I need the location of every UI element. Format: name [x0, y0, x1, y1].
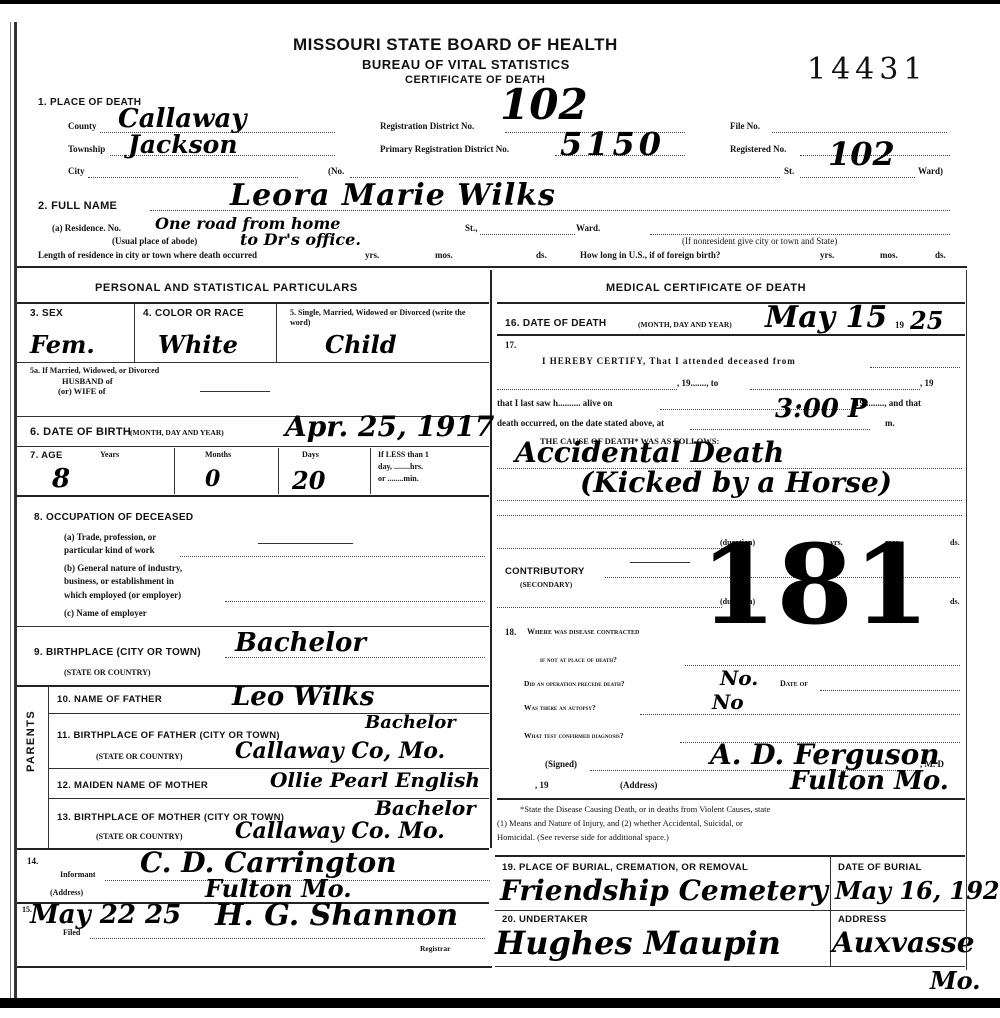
registrar-label: Registrar [420, 944, 450, 953]
less-than-label-2: day, ........hrs. [378, 462, 423, 471]
cause-line-2: (Kicked by a Horse) [580, 466, 892, 499]
secondary-label: (SECONDARY) [520, 580, 572, 589]
certify-text: I HEREBY CERTIFY, That I attended deceas… [542, 356, 796, 366]
personal-title-divider [17, 302, 489, 304]
less-than-label-1: If LESS than 1 [378, 450, 429, 459]
marital-status-label: 5. Single, Married, Widowed or Divorced … [290, 308, 480, 328]
registrar-signature: H. G. Shannon [215, 898, 458, 933]
parents-side-label: PARENTS [25, 710, 37, 772]
occupation-a-label-1: (a) Trade, profession, or [64, 532, 156, 542]
burial-date-label: DATE OF BURIAL [838, 862, 922, 873]
burial-date-value: May 16, 1925 [835, 876, 1000, 905]
sex-value: Fem. [30, 330, 95, 359]
mother-state-label: (STATE OR COUNTRY) [96, 832, 183, 841]
residence-label: (a) Residence. No. [52, 223, 121, 233]
form-left-border-outer [10, 22, 11, 998]
ward-label: Ward) [918, 166, 943, 176]
days-value: 20 [292, 466, 325, 495]
marital-status-value: Child [325, 330, 397, 359]
duration-ds-1: ds. [950, 538, 960, 547]
informant-label: Informant [60, 870, 96, 879]
mother-name-value: Ollie Pearl English [270, 768, 480, 792]
column-divider [490, 270, 492, 848]
where-contracted-label: Where was disease contracted [527, 627, 639, 636]
undertaker-value: Hughes Maupin [495, 924, 781, 962]
informant-address-label: (Address) [50, 888, 83, 897]
father-name-label: 10. NAME OF FATHER [57, 694, 162, 705]
mother-birthplace-value: Bachelor [375, 796, 476, 820]
undertaker-address-line2: Mo. [930, 966, 981, 995]
operation-label: Did an operation precede death? [524, 679, 625, 688]
occupation-c-label: (c) Name of employer [64, 608, 147, 618]
informant-num: 14. [27, 856, 38, 866]
st-label: St. [784, 166, 794, 176]
occupation-a-label-2: particular kind of work [64, 545, 155, 555]
occupation-a-dash [258, 543, 353, 544]
file-no-label: File No. [730, 121, 760, 131]
years-label: Years [100, 450, 119, 459]
race-value: White [158, 330, 238, 359]
where-contracted-num: 18. [505, 627, 516, 637]
cause-line-1: Accidental Death [515, 436, 784, 469]
footnote-line-1: *State the Disease Causing Death, or in … [520, 804, 770, 814]
form-right-border [966, 270, 967, 970]
foreign-birth-label: How long in U.S., if of foreign birth? [580, 250, 720, 260]
divider-top [17, 266, 967, 268]
birthplace-value: Bachelor [235, 628, 366, 658]
father-name-value: Leo Wilks [232, 682, 374, 712]
occupation-b-label-1: (b) General nature of industry, [64, 563, 182, 573]
spouse-label-2: HUSBAND of [62, 376, 113, 386]
dod-year-prefix: 19 [895, 320, 904, 330]
city-label: City [68, 166, 85, 176]
months-value: 0 [205, 466, 220, 492]
certify-num: 17. [505, 340, 516, 350]
birthplace-state-label: (STATE OR COUNTRY) [64, 668, 151, 677]
no-label: (No. [328, 166, 344, 176]
race-label: 4. COLOR OR RACE [143, 308, 244, 319]
personal-section-title: PERSONAL AND STATISTICAL PARTICULARS [95, 282, 358, 294]
usual-abode-label: (Usual place of abode) [112, 236, 197, 246]
birthplace-label: 9. BIRTHPLACE (CITY OR TOWN) [34, 647, 201, 658]
autopsy-label: Was there an autopsy? [524, 703, 596, 712]
certificate-number: 14431 [807, 52, 927, 87]
time-of-death: 3:00 P [775, 394, 867, 424]
foreign-ds-label: ds. [935, 250, 946, 260]
undertaker-address-label: ADDRESS [838, 914, 887, 925]
signed-label: (Signed) [545, 759, 577, 769]
last-saw-text: that I last saw h.......... alive on [497, 398, 613, 408]
occupation-label: 8. OCCUPATION OF DECEASED [34, 512, 193, 523]
nonresident-note: (If nonresident give city or town and St… [682, 236, 837, 246]
dod-year: 25 [910, 306, 943, 335]
scan-bottom-edge [0, 998, 1000, 1008]
footnote-line-2: (1) Means and Nature of Injury, and (2) … [497, 818, 743, 828]
physician-address-value: Fulton Mo. [790, 766, 949, 796]
autopsy-value: No [712, 690, 744, 714]
large-handwritten-mark: 181 [700, 520, 930, 649]
foreign-mos-label: mos. [880, 250, 898, 260]
signed-date-19: , 19 [535, 780, 549, 790]
mother-state-value: Callaway Co. Mo. [235, 818, 445, 844]
form-subtitle: BUREAU OF VITAL STATISTICS [362, 57, 570, 72]
years-value: 8 [52, 464, 70, 494]
foreign-yrs-label: yrs. [820, 250, 834, 260]
registered-no-value: 102 [828, 135, 895, 173]
spouse-label-1: 5a. If Married, Widowed, or Divorced [30, 366, 159, 375]
father-birthplace-value: Bachelor [365, 712, 456, 733]
primary-registration-district-value: 5150 [560, 125, 665, 163]
filed-date-value: May 22 25 [30, 900, 181, 930]
spouse-value-dash [200, 391, 270, 392]
scan-top-edge [0, 0, 1000, 4]
medical-section-title: MEDICAL CERTIFICATE OF DEATH [606, 282, 806, 294]
ds-label: ds. [536, 250, 547, 260]
mother-name-label: 12. MAIDEN NAME OF MOTHER [57, 780, 208, 791]
age-label: 7. AGE [30, 450, 63, 461]
residence-st-label: St., [465, 223, 478, 233]
township-value: Jackson [128, 130, 238, 159]
dob-label: 6. DATE OF BIRTH [30, 426, 131, 438]
contributory-dash [630, 562, 690, 563]
registration-district-value: 102 [500, 80, 588, 129]
sex-label: 3. SEX [30, 308, 63, 319]
full-name-value: Leora Marie Wilks [230, 178, 556, 213]
residence-value-line2: to Dr's office. [240, 230, 361, 249]
dob-sublabel: (MONTH, DAY AND YEAR) [130, 428, 224, 437]
operation-value: No. [720, 666, 758, 690]
attended-from-19: , 19......., to [677, 378, 718, 388]
contributory-label: CONTRIBUTORY [505, 566, 585, 577]
dod-value: May 15 [765, 300, 887, 335]
length-of-residence-label: Length of residence in city or town wher… [38, 250, 257, 260]
form-title: MISSOURI STATE BOARD OF HEALTH [293, 35, 618, 55]
test-label: What test confirmed diagnosis? [524, 731, 624, 740]
burial-place-value: Friendship Cemetery [500, 874, 828, 907]
full-name-label: 2. FULL NAME [38, 200, 117, 212]
township-label: Township [68, 144, 105, 154]
occupation-b-label-2: business, or establishment in [64, 576, 174, 586]
dob-value: Apr. 25, 1917 [285, 410, 494, 443]
footnote-line-3: Homicidal. (See reverse side for additio… [497, 832, 669, 842]
less-than-label-3: or ........min. [378, 474, 419, 483]
registration-district-label: Registration District No. [380, 121, 474, 131]
form-left-border [14, 22, 17, 998]
time-suffix: m. [885, 418, 895, 428]
occupation-b-label-3: which employed (or employer) [64, 590, 181, 600]
spouse-label-3: (or) WIFE of [58, 386, 106, 396]
days-label: Days [302, 450, 319, 459]
dod-sublabel: (MONTH, DAY AND YEAR) [638, 320, 732, 329]
residence-ward-label: Ward. [576, 223, 600, 233]
county-label: County [68, 121, 97, 131]
duration-ds-2: ds. [950, 597, 960, 606]
father-state-value: Callaway Co, Mo. [235, 738, 445, 764]
primary-registration-district-label: Primary Registration District No. [380, 144, 509, 154]
months-label: Months [205, 450, 231, 459]
operation-date-label: Date of [780, 679, 808, 688]
father-state-label: (STATE OR COUNTRY) [96, 752, 183, 761]
undertaker-address-value: Auxvasse [832, 926, 975, 959]
registered-no-label: Registered No. [730, 144, 786, 154]
physician-address-label: (Address) [620, 780, 657, 790]
attended-to-19: , 19 [920, 378, 934, 388]
if-not-at-place-label: if not at place of death? [540, 655, 617, 664]
death-occurred-text: death occurred, on the date stated above… [497, 418, 664, 428]
burial-place-label: 19. PLACE OF BURIAL, CREMATION, OR REMOV… [502, 862, 748, 873]
yrs-label: yrs. [365, 250, 379, 260]
mos-label: mos. [435, 250, 453, 260]
dod-label: 16. DATE OF DEATH [505, 318, 606, 329]
